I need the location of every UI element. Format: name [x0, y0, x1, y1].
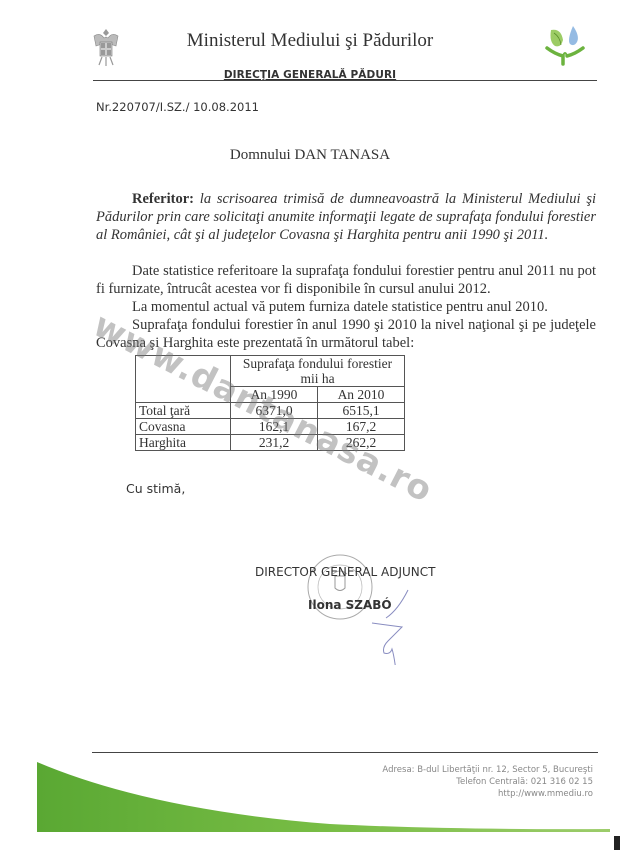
leaf-drop-logo-icon	[545, 24, 585, 66]
reference-label: Referitor	[132, 191, 189, 207]
row-label: Total ţară	[136, 403, 231, 419]
ministry-name: Ministerul Mediului şi Pădurilor	[0, 30, 620, 52]
forest-area-table: Suprafaţa fondului forestiermii ha An 19…	[135, 355, 405, 451]
column-header: An 1990	[231, 387, 318, 403]
table-row: Total ţară 6371,0 6515,1	[136, 403, 405, 419]
footer-address: Adresa: B-dul Libertăţii nr. 12, Sector …	[382, 764, 593, 776]
closing-salutation: Cu stimă,	[126, 481, 185, 496]
paragraph-2011-unavailable: Date statistice referitoare la suprafaţa…	[96, 262, 596, 298]
body-paragraphs: Date statistice referitoare la suprafaţa…	[96, 262, 596, 352]
row-label: Harghita	[136, 435, 231, 451]
table-cell: 162,1	[231, 419, 318, 435]
table-cell: 231,2	[231, 435, 318, 451]
footer-contact: Adresa: B-dul Libertăţii nr. 12, Sector …	[382, 764, 593, 800]
reference-paragraph: Referitor: la scrisoarea trimisă de dumn…	[96, 190, 596, 244]
table-row: Covasna 162,1 167,2	[136, 419, 405, 435]
addressee: Domnului DAN TANASA	[0, 147, 620, 164]
table-cell: 6515,1	[318, 403, 405, 419]
scan-edge-mark	[614, 836, 620, 850]
registration-number: Nr.220707/I.SZ./ 10.08.2011	[96, 100, 259, 114]
table-cell: 6371,0	[231, 403, 318, 419]
footer-divider	[92, 752, 598, 753]
footer-website[interactable]: http://www.mmediu.ro	[382, 788, 593, 800]
table-corner-cell	[136, 356, 231, 403]
row-label: Covasna	[136, 419, 231, 435]
handwritten-signature-icon	[350, 585, 430, 665]
signatory-title: DIRECTOR GENERAL ADJUNCT	[0, 565, 620, 579]
table-header-row: Suprafaţa fondului forestiermii ha	[136, 356, 405, 387]
header-divider	[93, 80, 597, 81]
footer-phone: Telefon Centrală: 021 316 02 15	[382, 776, 593, 788]
table-cell: 262,2	[318, 435, 405, 451]
table-row: Harghita 231,2 262,2	[136, 435, 405, 451]
table-cell: 167,2	[318, 419, 405, 435]
paragraph-2010-available: La momentul actual vă putem furniza date…	[96, 298, 596, 316]
table-header-title: Suprafaţa fondului forestiermii ha	[231, 356, 405, 387]
paragraph-table-intro: Suprafaţa fondului forestier în anul 199…	[96, 316, 596, 352]
column-header: An 2010	[318, 387, 405, 403]
